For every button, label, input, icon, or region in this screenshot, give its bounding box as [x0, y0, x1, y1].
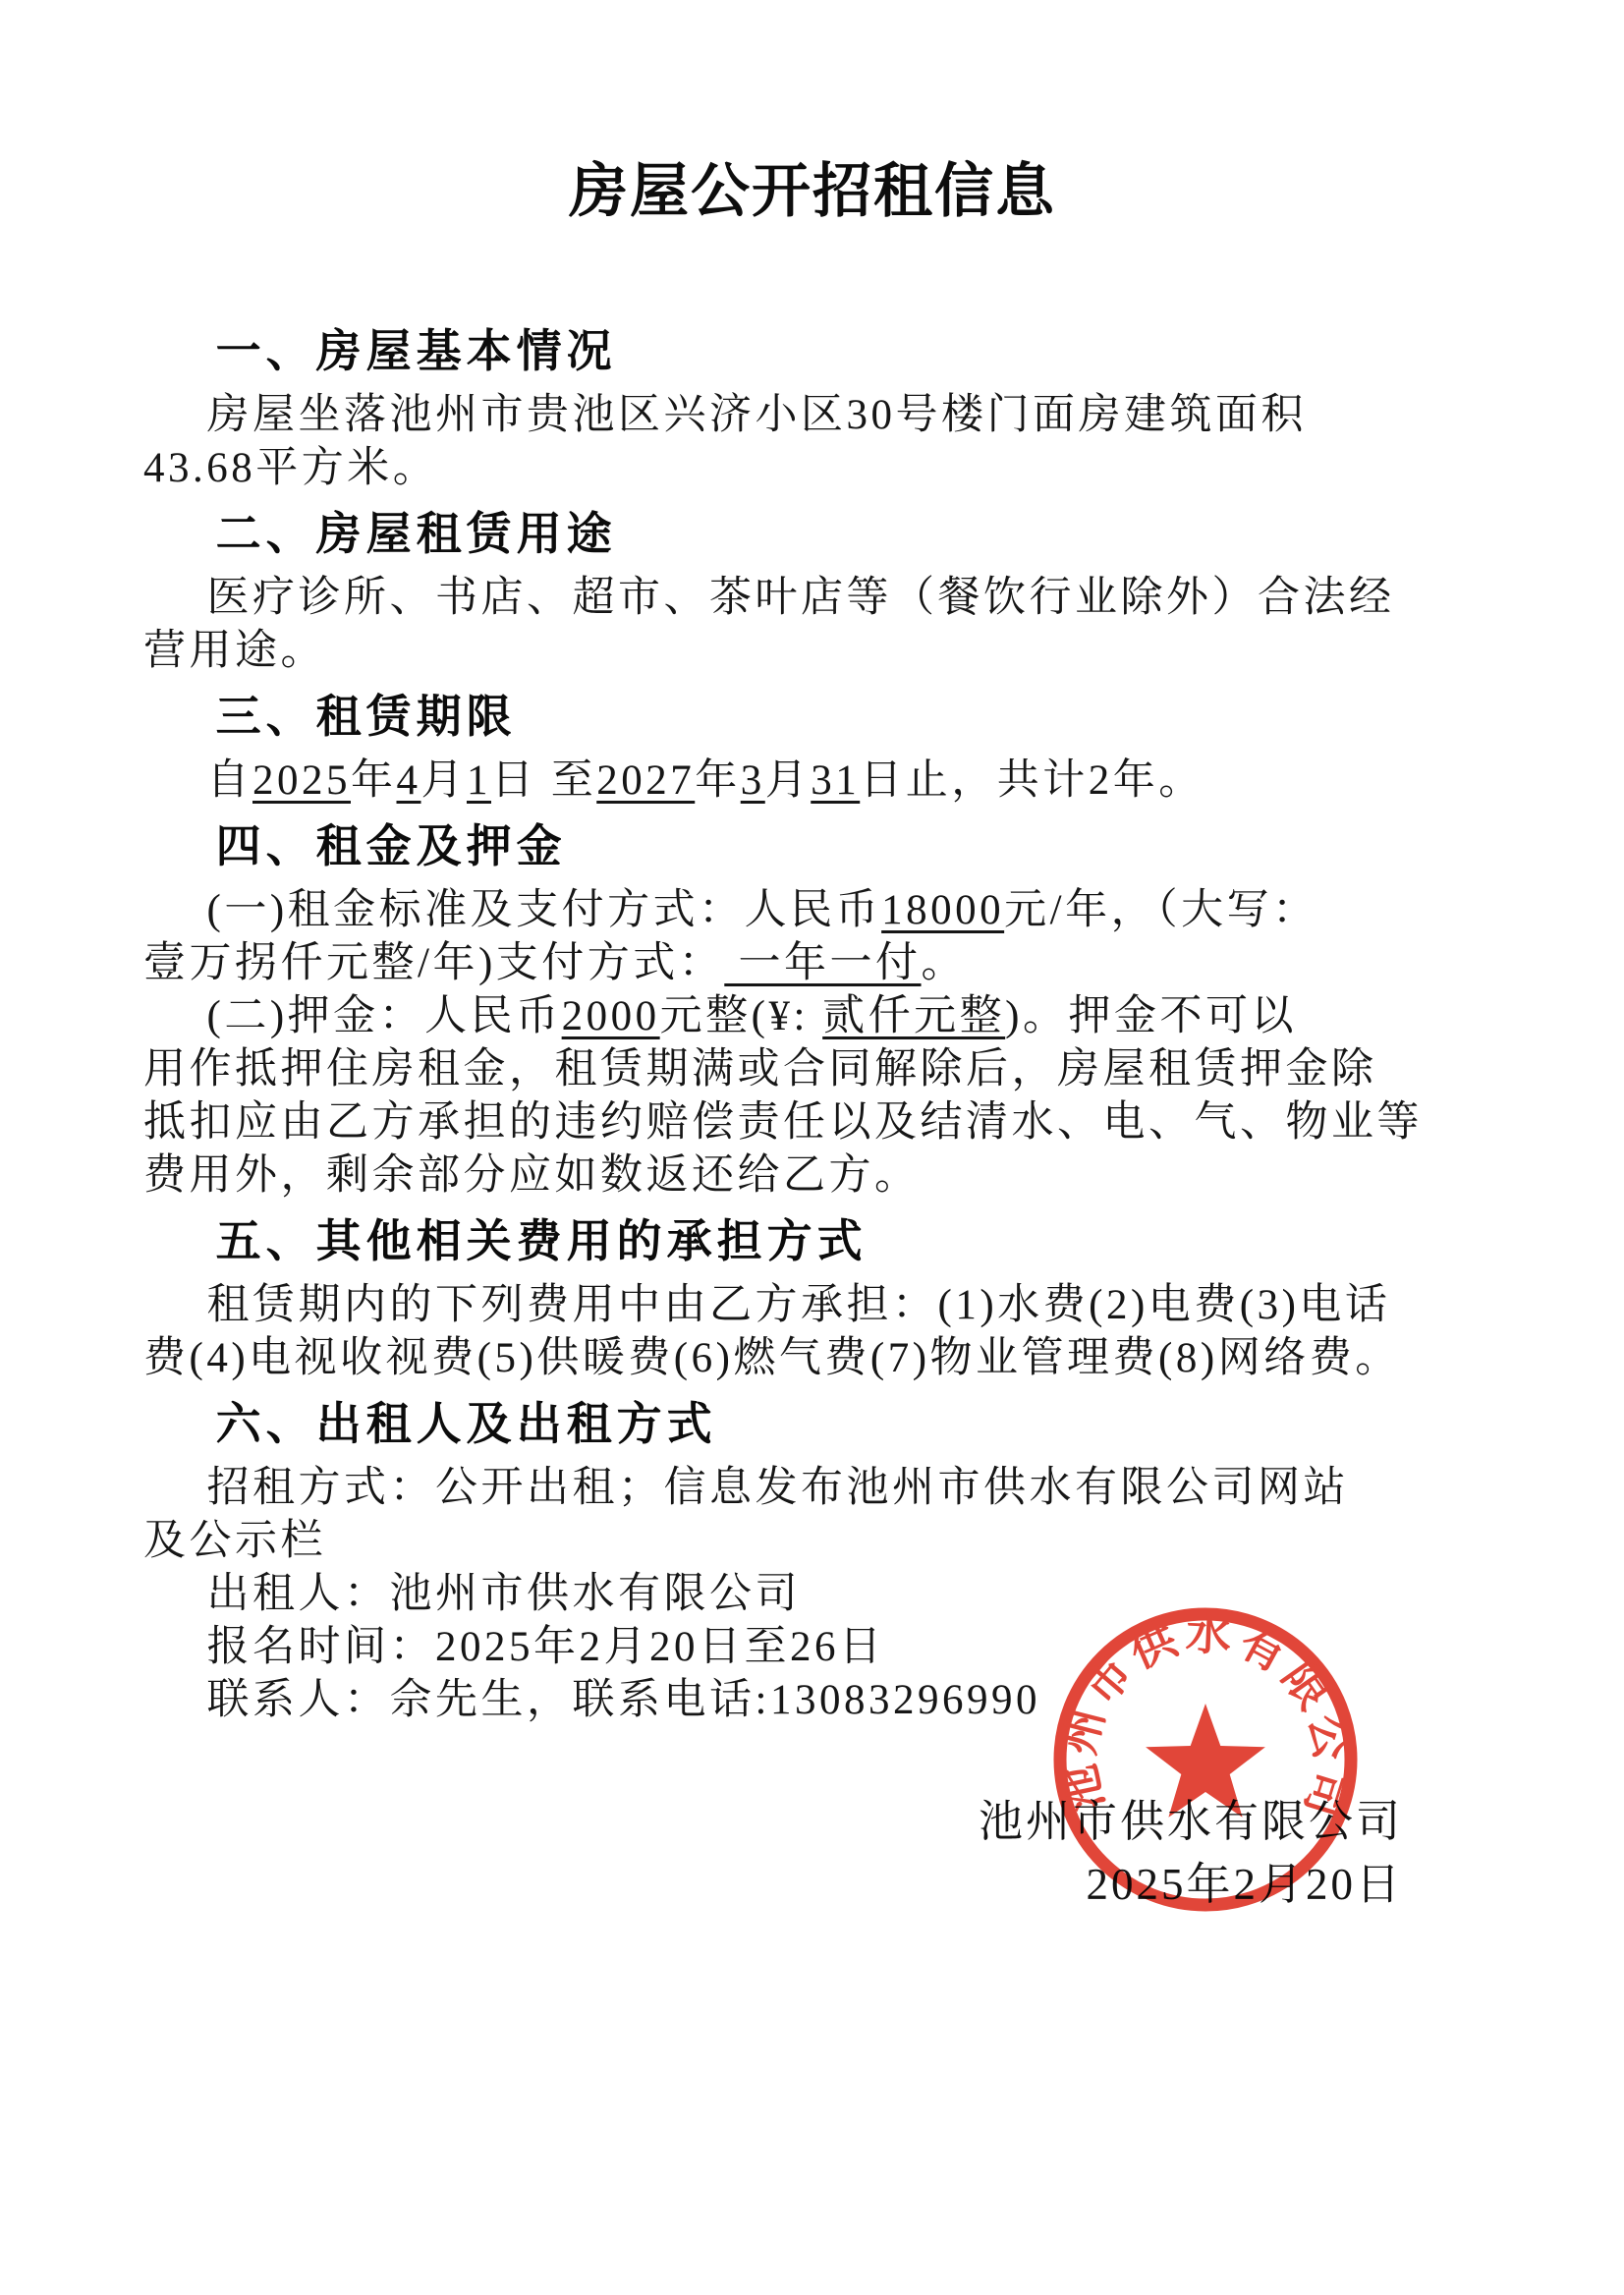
section-rent-deposit: 四、租金及押金 (一)租金标准及支付方式：人民币18000元/年，（大写： 壹万… [143, 808, 1482, 1203]
text-segment: 。 [922, 940, 968, 986]
company-seal-graphic: 池州市供水有限公司 [1043, 1597, 1368, 1922]
section-lease-term: 三、租赁期限 自2025年4月1日 至2027年3月31日止，共计2年。 [143, 678, 1482, 808]
text-segment: 年 [351, 757, 397, 804]
text-segment: 2027 [596, 757, 695, 804]
text-segment: 2000 [562, 993, 660, 1039]
text-segment: 43.68平方米。 [143, 445, 438, 491]
text-segment: (一)租金标准及支付方式：人民币 [207, 887, 882, 933]
text-segment: 医疗诊所、书店、超市、茶叶店等（餐饮行业除外）合法经 [207, 575, 1395, 621]
seal-star-icon [1146, 1704, 1265, 1818]
section-heading-lessor-method: 六、出租人及出租方式 [143, 1385, 1482, 1462]
text-segment: (二)押金：人民币 [207, 993, 562, 1039]
text-segment: 元整(¥: [660, 993, 823, 1039]
section-heading-other-fees: 五、其他相关费用的承担方式 [143, 1203, 1482, 1279]
section-basic-info: 一、房屋基本情况 房屋坐落池州市贵池区兴济小区30号楼门面房建筑面积 43.68… [143, 312, 1482, 495]
text-segment: 自 [207, 757, 253, 804]
paragraph-line: 43.68平方米。 [143, 442, 1482, 495]
section-heading-rent-deposit: 四、租金及押金 [143, 808, 1482, 884]
document-page: 房屋公开招租信息 一、房屋基本情况 房屋坐落池州市贵池区兴济小区30号楼门面房建… [0, 0, 1624, 2295]
text-segment: 1 [467, 757, 491, 804]
text-segment: 4 [397, 757, 421, 804]
text-segment: 月 [421, 757, 468, 804]
text-segment: 费用外，剩余部分应如数返还给乙方。 [143, 1152, 921, 1199]
paragraph-line: 房屋坐落池州市贵池区兴济小区30号楼门面房建筑面积 [143, 389, 1482, 442]
text-segment: 及公示栏 [143, 1518, 326, 1564]
text-segment: 元/年，（大写： [1004, 887, 1317, 933]
company-seal: 池州市供水有限公司 [1043, 1597, 1368, 1922]
paragraph-line: 费用外，剩余部分应如数返还给乙方。 [143, 1149, 1482, 1203]
text-segment: )。押金不可以 [1005, 993, 1297, 1039]
text-segment: 3 [741, 757, 765, 804]
text-segment: 18000 [881, 887, 1004, 933]
text-segment: 日止，共计2年。 [860, 757, 1204, 804]
text-segment: 联系人：佘先生，联系电话:13083296990 [207, 1677, 1040, 1723]
text-segment: 抵扣应由乙方承担的违约赔偿责任以及结清水、电、气、物业等 [143, 1099, 1423, 1146]
text-segment: 招租方式：公开出租；信息发布池州市供水有限公司网站 [207, 1465, 1350, 1511]
text-segment: 2025 [252, 757, 351, 804]
paragraph-line: 壹万拐仟元整/年)支付方式： 一年一付。 [143, 937, 1482, 990]
section-heading-basic-info: 一、房屋基本情况 [143, 312, 1482, 389]
section-heading-lease-term: 三、租赁期限 [143, 678, 1482, 755]
text-segment: 月 [765, 757, 812, 804]
section-heading-rental-use: 二、房屋租赁用途 [143, 495, 1482, 572]
text-segment: 租赁期内的下列费用中由乙方承担：(1)水费(2)电费(3)电话 [207, 1282, 1391, 1328]
text-segment: 营用途。 [143, 628, 326, 674]
paragraph-line: 费(4)电视收视费(5)供暖费(6)燃气费(7)物业管理费(8)网络费。 [143, 1332, 1482, 1385]
text-segment: 用作抵押住房租金，租赁期满或合同解除后，房屋租赁押金除 [143, 1046, 1377, 1092]
text-segment: 出租人：池州市供水有限公司 [207, 1571, 802, 1617]
paragraph-line: (一)租金标准及支付方式：人民币18000元/年，（大写： [143, 884, 1482, 937]
document-title: 房屋公开招租信息 [143, 149, 1482, 234]
paragraph-line: 抵扣应由乙方承担的违约赔偿责任以及结清水、电、气、物业等 [143, 1096, 1482, 1149]
text-segment: 31 [811, 757, 860, 804]
paragraph-line: (二)押金：人民币2000元整(¥: 贰仟元整)。押金不可以 [143, 990, 1482, 1043]
text-segment: 壹万拐仟元整/年)支付方式： [143, 940, 724, 986]
text-segment: 费(4)电视收视费(5)供暖费(6)燃气费(7)物业管理费(8)网络费。 [143, 1335, 1401, 1381]
text-segment: 一年一付 [724, 940, 921, 986]
paragraph-line: 租赁期内的下列费用中由乙方承担：(1)水费(2)电费(3)电话 [143, 1279, 1482, 1332]
text-segment: 日 至 [491, 757, 596, 804]
paragraph-line: 医疗诊所、书店、超市、茶叶店等（餐饮行业除外）合法经 [143, 572, 1482, 625]
document-content: 房屋公开招租信息 一、房屋基本情况 房屋坐落池州市贵池区兴济小区30号楼门面房建… [143, 149, 1482, 1727]
paragraph-line: 自2025年4月1日 至2027年3月31日止，共计2年。 [143, 755, 1482, 808]
paragraph-line: 招租方式：公开出租；信息发布池州市供水有限公司网站 [143, 1462, 1482, 1515]
paragraph-line: 营用途。 [143, 625, 1482, 678]
paragraph-line: 及公示栏 [143, 1515, 1482, 1568]
section-rental-use: 二、房屋租赁用途 医疗诊所、书店、超市、茶叶店等（餐饮行业除外）合法经 营用途。 [143, 495, 1482, 678]
text-segment: 房屋坐落池州市贵池区兴济小区30号楼门面房建筑面积 [207, 392, 1308, 438]
text-segment: 贰仟元整 [822, 993, 1005, 1039]
section-other-fees: 五、其他相关费用的承担方式 租赁期内的下列费用中由乙方承担：(1)水费(2)电费… [143, 1203, 1482, 1385]
text-segment: 年 [695, 757, 741, 804]
text-segment: 报名时间：2025年2月20日至26日 [207, 1624, 885, 1670]
paragraph-line: 用作抵押住房租金，租赁期满或合同解除后，房屋租赁押金除 [143, 1043, 1482, 1096]
